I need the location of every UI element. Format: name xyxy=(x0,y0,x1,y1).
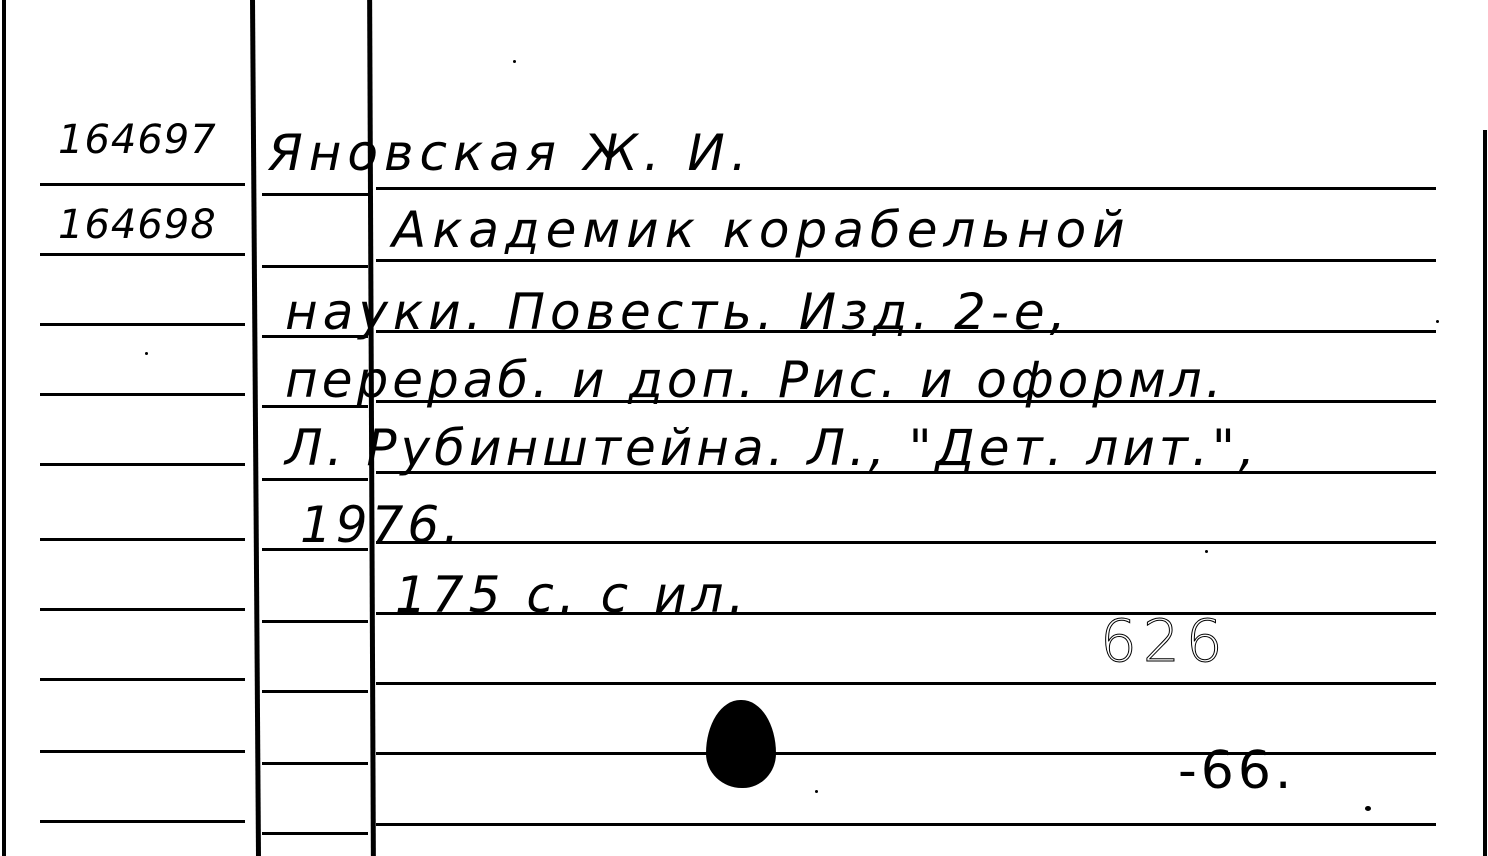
author-line: Яновская Ж. И. xyxy=(268,128,753,178)
body-rule xyxy=(376,259,1436,262)
publisher-line: Л. Рубинштейна. Л., "Дет. лит.", xyxy=(285,423,1259,473)
mid-rule xyxy=(262,762,368,765)
mid-rule xyxy=(262,690,368,693)
body-rule xyxy=(376,823,1436,826)
accession-rule xyxy=(40,820,245,823)
catalog-card: 164697 164698 Яновская Ж. И. Академик ко… xyxy=(0,0,1488,856)
body-rule xyxy=(376,682,1436,685)
pagination-line: 175 с. с ил. xyxy=(395,570,749,620)
mid-rule xyxy=(262,832,368,835)
body-rule xyxy=(376,187,1436,190)
speck xyxy=(513,60,516,63)
accession-number: 164698 xyxy=(58,205,217,245)
accession-column-rule xyxy=(250,0,261,856)
mid-rule xyxy=(262,265,368,268)
description-line: перераб. и доп. Рис. и оформл. xyxy=(285,355,1226,405)
accession-rule xyxy=(40,750,245,753)
author-mark: -66. xyxy=(1178,745,1295,797)
speck xyxy=(145,352,148,355)
year-line: 1976. xyxy=(300,500,463,550)
speck xyxy=(1365,806,1371,811)
accession-rule xyxy=(40,183,245,186)
accession-rule xyxy=(40,463,245,466)
speck xyxy=(1205,550,1208,553)
card-left-border xyxy=(2,0,6,856)
classification-mark: 626 xyxy=(1100,612,1229,670)
accession-rule xyxy=(40,538,245,541)
accession-rule xyxy=(40,608,245,611)
accession-rule xyxy=(40,393,245,396)
mid-rule xyxy=(262,478,368,481)
title-line: Академик корабельной xyxy=(392,205,1131,255)
card-right-border xyxy=(1483,130,1487,856)
accession-rule xyxy=(40,323,245,326)
description-line: науки. Повесть. Изд. 2-е, xyxy=(285,287,1071,337)
accession-rule xyxy=(40,253,245,256)
speck xyxy=(1436,320,1439,323)
accession-number: 164697 xyxy=(58,120,217,160)
mid-rule xyxy=(262,193,368,196)
accession-rule xyxy=(40,678,245,681)
ink-blot xyxy=(706,700,776,788)
speck xyxy=(815,790,818,793)
body-rule xyxy=(376,541,1436,544)
mid-rule xyxy=(262,620,368,623)
